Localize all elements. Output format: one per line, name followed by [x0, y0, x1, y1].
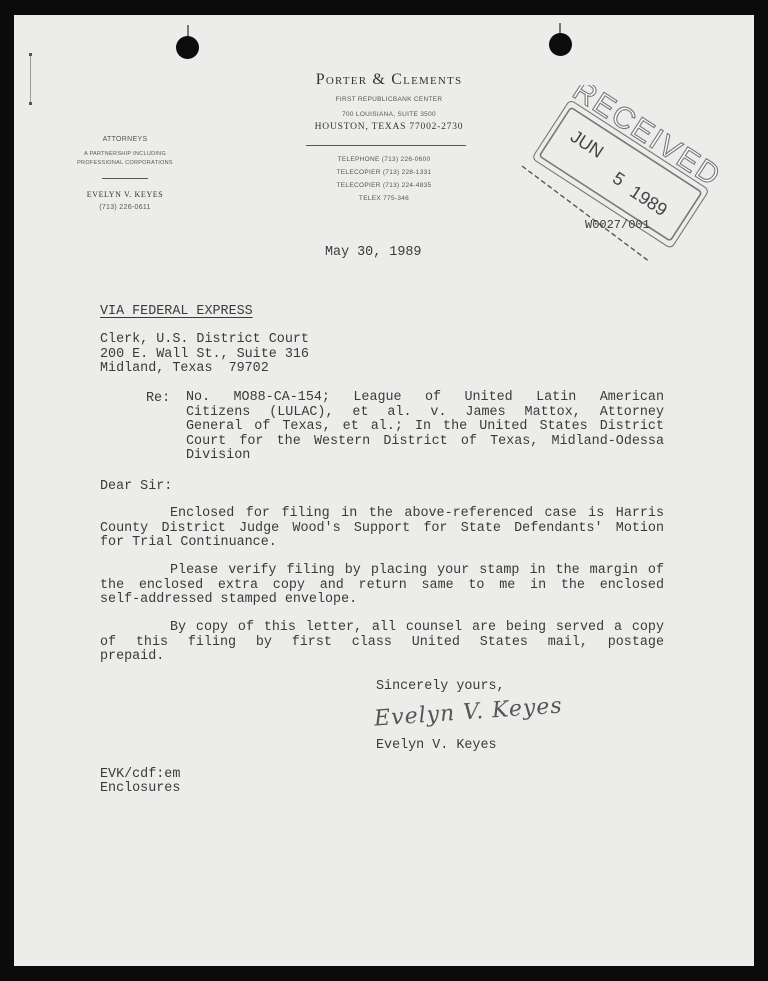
paragraph-line: Please verify filing by placing your sta… [100, 564, 664, 579]
margin-mark [30, 53, 31, 105]
paragraph-line: By copy of this letter, all counsel are … [100, 621, 664, 636]
punch-hole-right [549, 33, 572, 56]
received-stamp: RECEIVED JUN 5 1989 [520, 85, 720, 265]
re-line: No. MO88-CA-154; League of United Latin … [186, 391, 664, 406]
firm-contact: TELEX 775-346 [294, 195, 474, 202]
paragraph-1: Enclosed for filing in the above-referen… [100, 507, 664, 551]
reference-initials: EVK/cdf:em [100, 767, 180, 782]
attorney-phone: (713) 226-0611 [70, 204, 180, 211]
letter-date: May 30, 1989 [325, 245, 421, 260]
paragraph-line: County District Judge Wood's Support for… [100, 522, 664, 537]
firm-contact: TELEPHONE (713) 226-0600 [294, 156, 474, 163]
partnership-line: A PARTNERSHIP INCLUDING [60, 151, 190, 157]
re-label: Re: [146, 391, 170, 406]
enclosures-note: Enclosures [100, 781, 180, 796]
re-line: Division [186, 449, 664, 464]
paragraph-line: of this filing by first class United Sta… [100, 636, 664, 651]
delivery-method: VIA FEDERAL EXPRESS [100, 304, 253, 319]
paragraph-line: self-addressed stamped envelope. [100, 593, 664, 608]
left-column-divider [102, 178, 148, 179]
punch-hole-left [176, 36, 199, 59]
firm-city: HOUSTON, TEXAS 77002-2730 [274, 122, 504, 132]
paragraph-line: for Trial Continuance. [100, 536, 664, 551]
firm-contact: TELECOPIER (713) 228-1331 [294, 169, 474, 176]
stamp-year: 1989 [626, 181, 670, 220]
stamp-day: 5 [609, 168, 628, 190]
firm-building: FIRST REPUBLICBANK CENTER [274, 96, 504, 103]
re-subject: No. MO88-CA-154; League of United Latin … [186, 391, 664, 464]
recipient-line: Clerk, U.S. District Court [100, 332, 309, 347]
firm-name: Porter & Clements [274, 71, 504, 89]
attorneys-title: ATTORNEYS [70, 136, 180, 143]
handwritten-signature: Evelyn V. Keyes [373, 693, 563, 731]
paragraph-line: prepaid. [100, 650, 664, 665]
firm-contact: TELECOPIER (713) 224-4835 [294, 182, 474, 189]
paragraph-line: the enclosed extra copy and return same … [100, 579, 664, 594]
paragraph-2: Please verify filing by placing your sta… [100, 564, 664, 608]
closing: Sincerely yours, [376, 679, 505, 694]
re-line: Court for the Western District of Texas,… [186, 435, 664, 450]
paragraph-line: Enclosed for filing in the above-referen… [100, 507, 664, 522]
salutation: Dear Sir: [100, 479, 172, 494]
recipient-line: Midland, Texas 79702 [100, 361, 269, 376]
partnership-line: PROFESSIONAL CORPORATIONS [60, 160, 190, 166]
re-line: General of Texas, et al.; In the United … [186, 420, 664, 435]
letter-page: Porter & Clements FIRST REPUBLICBANK CEN… [14, 15, 754, 966]
letterhead-divider [306, 145, 466, 146]
stamp-month: JUN [567, 126, 607, 162]
attorney-name: EVELYN V. KEYES [70, 190, 180, 199]
paragraph-3: By copy of this letter, all counsel are … [100, 621, 664, 665]
re-line: Citizens (LULAC), et al. v. James Mattox… [186, 406, 664, 421]
recipient-line: 200 E. Wall St., Suite 316 [100, 347, 309, 362]
document-reference: W0027/001 [585, 218, 650, 233]
signer-name: Evelyn V. Keyes [376, 738, 497, 753]
firm-street: 700 LOUISIANA, SUITE 3500 [274, 111, 504, 118]
